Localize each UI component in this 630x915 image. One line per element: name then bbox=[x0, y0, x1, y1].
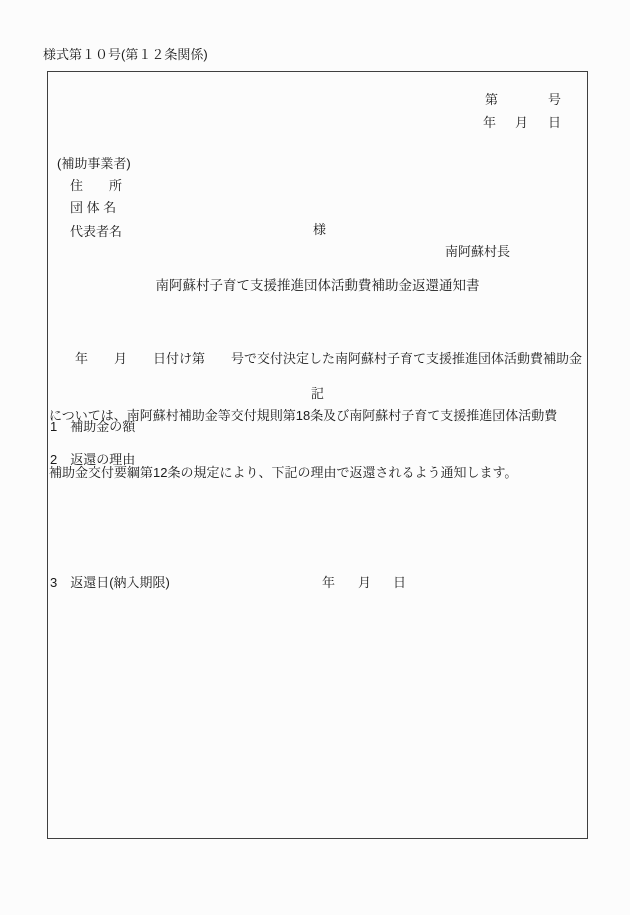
address-label: 住 所 bbox=[70, 179, 122, 192]
item-subsidy-amount-label: 1 補助金の額 bbox=[50, 420, 135, 433]
representative-name-label: 代表者名 bbox=[70, 225, 122, 238]
due-date-day-label: 日 bbox=[393, 576, 406, 589]
due-date-year-label: 年 bbox=[322, 576, 335, 589]
header-date-day-label: 日 bbox=[548, 116, 561, 129]
item-return-reason-label: 2 返還の理由 bbox=[50, 453, 135, 466]
document-title: 南阿蘇村子育て支援推進団体活動費補助金返還通知書 bbox=[47, 279, 588, 293]
addressee-section-label: (補助事業者) bbox=[57, 157, 131, 170]
sender-name: 南阿蘇村長 bbox=[445, 245, 510, 258]
organization-name-label: 団 体 名 bbox=[70, 201, 116, 214]
header-date-year-label: 年 bbox=[483, 116, 496, 129]
document-page: 様式第１０号(第１２条関係) 第 号 年 月 日 (補助事業者) 住 所 団 体… bbox=[0, 0, 630, 915]
honorific-label: 様 bbox=[313, 223, 326, 236]
body-paragraph: 年 月 日付け第 号で交付決定した南阿蘇村子育て支援推進団体活動費補助金 につい… bbox=[49, 311, 589, 520]
doc-number-suffix-label: 号 bbox=[548, 93, 561, 106]
record-marker: 記 bbox=[47, 387, 588, 400]
doc-number-prefix-label: 第 bbox=[485, 93, 498, 106]
item-return-due-date-label: 3 返還日(納入期限) bbox=[50, 576, 170, 589]
body-line-1: 年 月 日付け第 号で交付決定した南阿蘇村子育て支援推進団体活動費補助金 bbox=[49, 349, 589, 368]
due-date-month-label: 月 bbox=[358, 576, 371, 589]
form-style-number: 様式第１０号(第１２条関係) bbox=[43, 48, 208, 61]
header-date-month-label: 月 bbox=[515, 116, 528, 129]
